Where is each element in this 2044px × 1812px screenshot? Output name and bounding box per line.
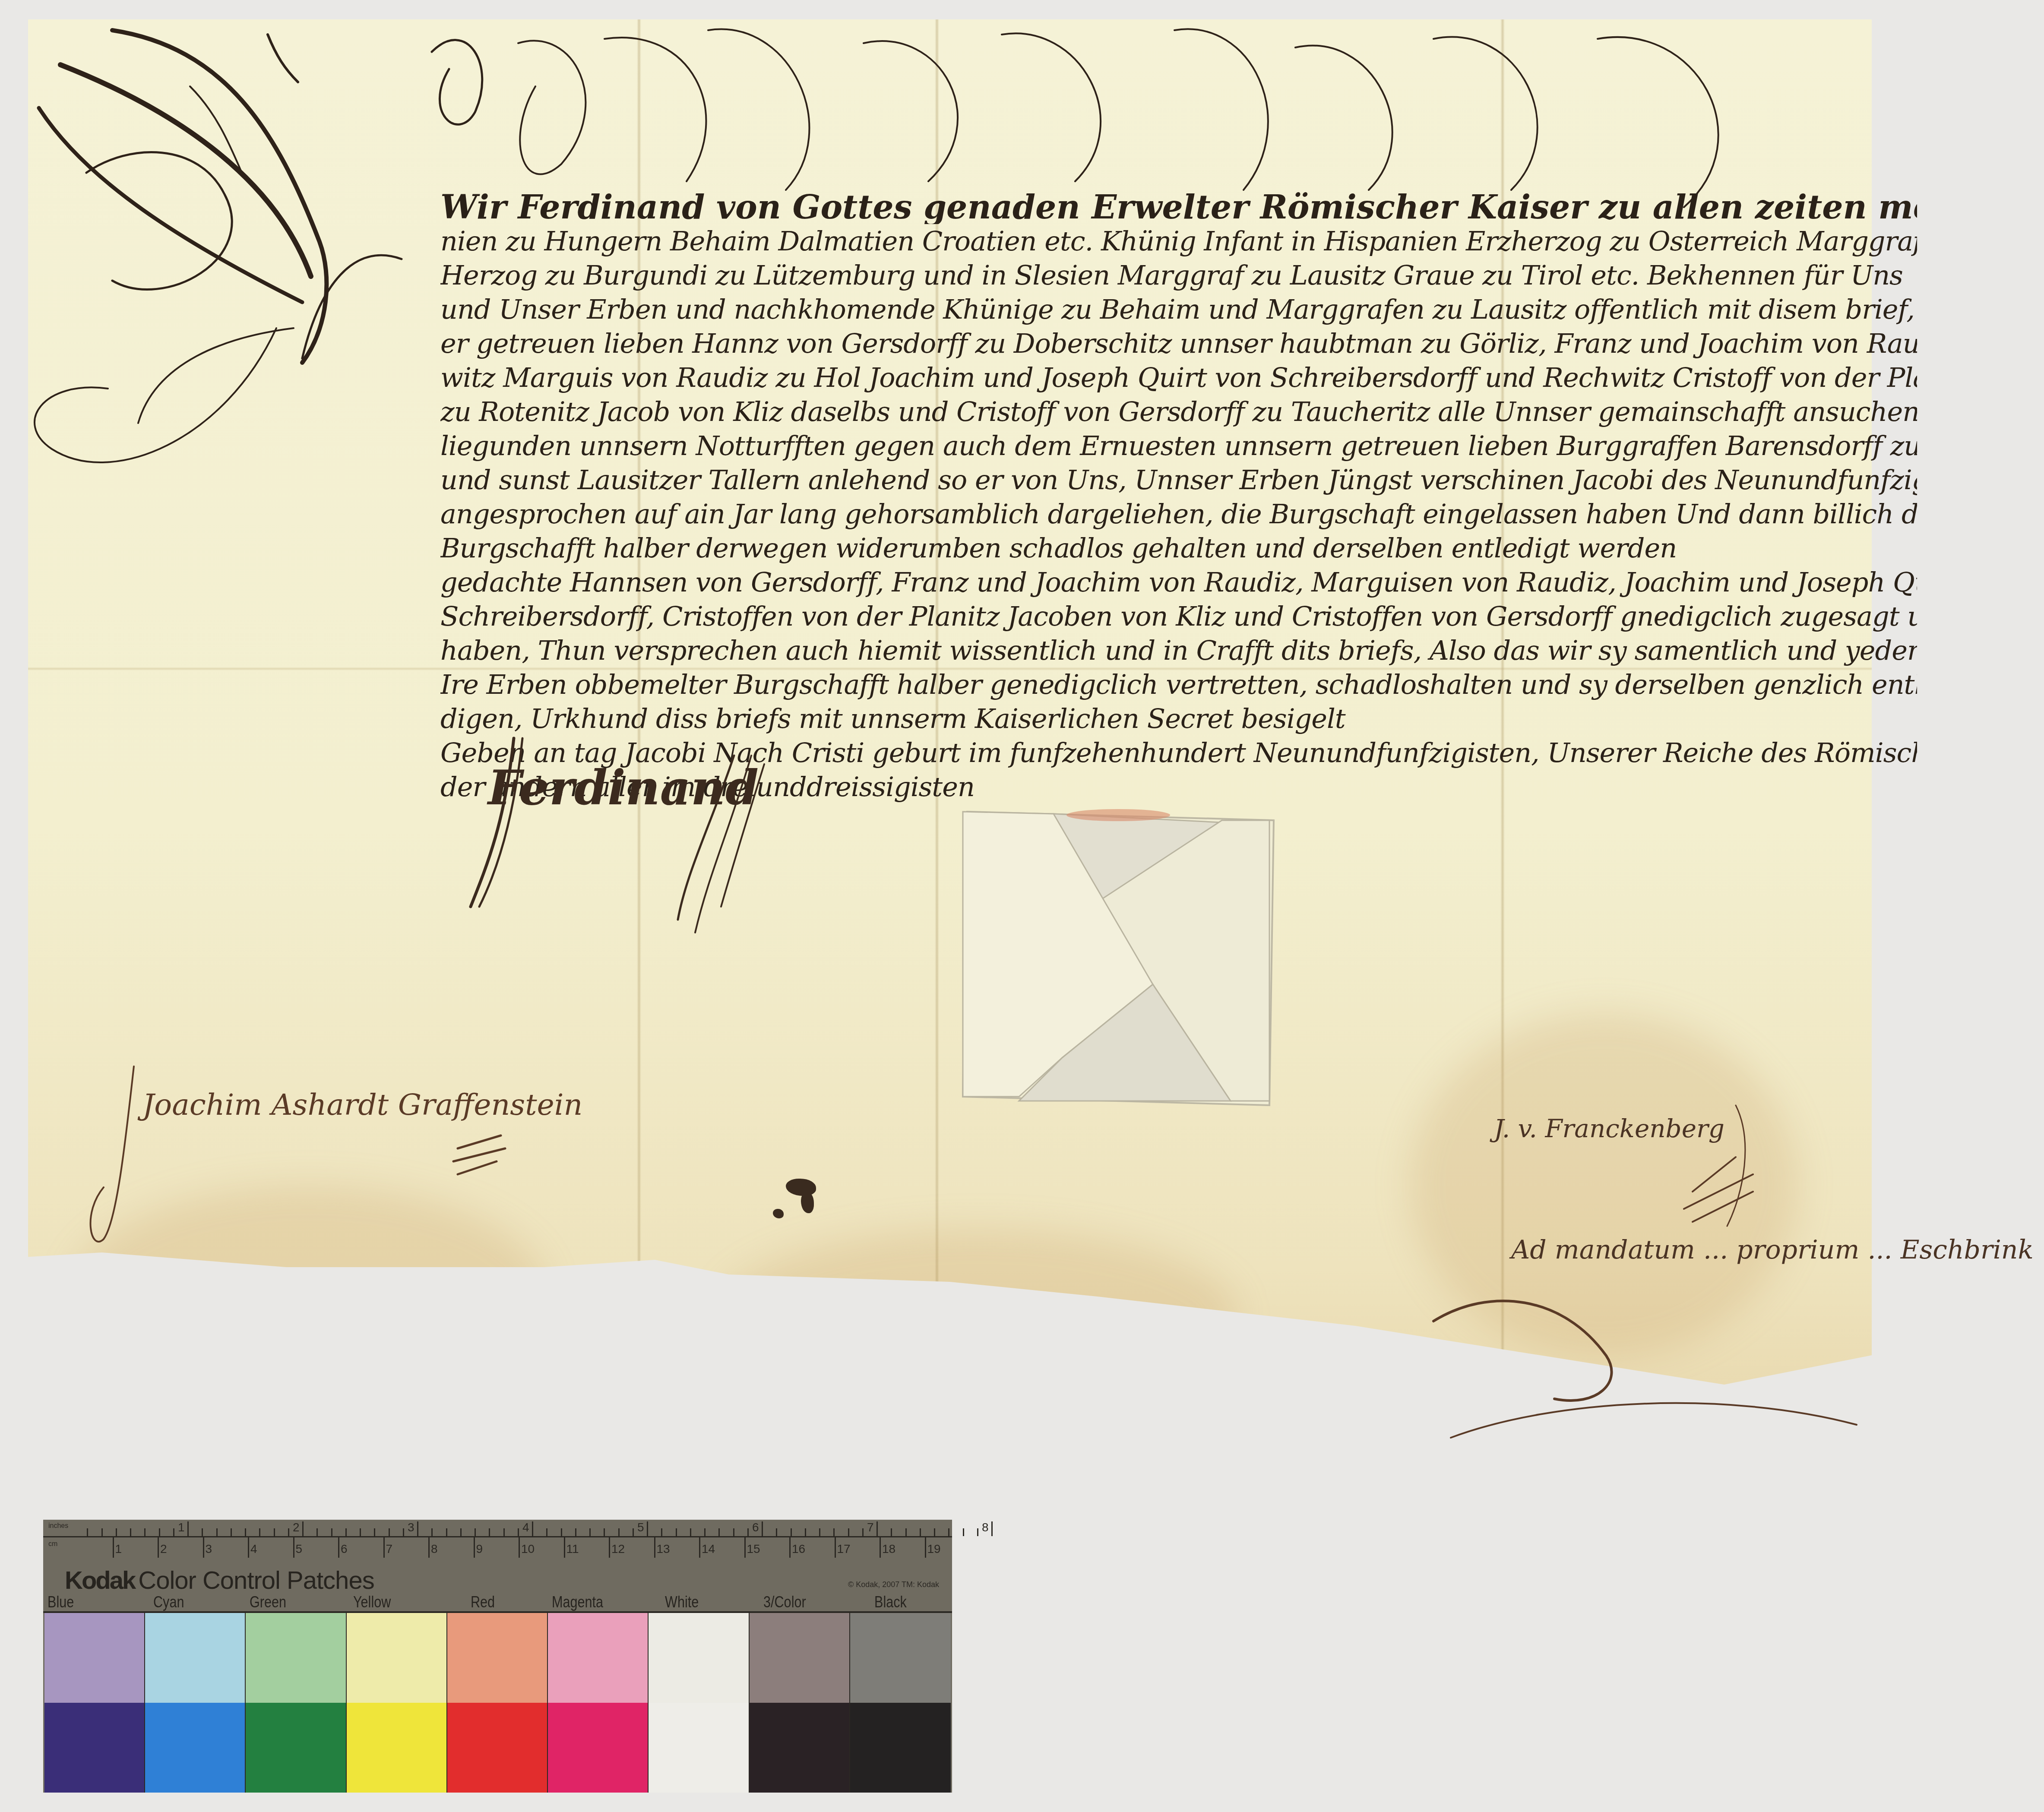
ruler-tick bbox=[561, 1528, 562, 1536]
ruler-tick bbox=[446, 1528, 447, 1536]
text-line: Burgschafft halber derwegen widerumben s… bbox=[440, 531, 1917, 565]
patch-label-cyan: Cyan bbox=[153, 1593, 184, 1611]
ruler-tick bbox=[417, 1521, 418, 1536]
ruler-tick bbox=[187, 1521, 189, 1536]
ruler-cm-mark: 14 bbox=[702, 1542, 715, 1556]
patch-yellow-saturated bbox=[347, 1703, 447, 1793]
ruler-tick bbox=[518, 1528, 519, 1536]
ruler-tick bbox=[101, 1528, 103, 1536]
ruler-inch-mark: 5 bbox=[637, 1521, 644, 1534]
ruler-tick bbox=[360, 1528, 361, 1536]
ruler-tick bbox=[245, 1528, 246, 1536]
ruler-tick bbox=[618, 1528, 620, 1536]
ruler-tick bbox=[963, 1528, 964, 1536]
ruler-tick bbox=[920, 1528, 921, 1536]
patch-red-light bbox=[447, 1613, 548, 1703]
patch-cyan-light bbox=[145, 1613, 246, 1703]
ruler-cm-mark: 10 bbox=[521, 1542, 535, 1556]
text-line: zu Rotenitz Jacob von Kliz daselbs und C… bbox=[440, 395, 1917, 429]
ruler-tick bbox=[876, 1521, 878, 1536]
patch-label-yellow: Yellow bbox=[353, 1593, 391, 1611]
ruler-tick bbox=[791, 1528, 792, 1536]
ruler-tick bbox=[704, 1528, 706, 1536]
ruler-tick bbox=[345, 1528, 347, 1536]
ruler-cm-mark: 13 bbox=[657, 1542, 670, 1556]
ruler-cm-mark: 1 bbox=[115, 1542, 122, 1556]
ruler-tick bbox=[789, 1537, 791, 1558]
patch-magenta-saturated bbox=[548, 1703, 649, 1793]
ruler-cm-mark: 3 bbox=[206, 1542, 212, 1556]
ruler-tick bbox=[475, 1528, 476, 1536]
patch-white-saturated bbox=[649, 1703, 749, 1793]
ruler-tick bbox=[231, 1528, 232, 1536]
ruler-inch-mark: 8 bbox=[982, 1521, 989, 1534]
ruler-cm-mark: 15 bbox=[747, 1542, 760, 1556]
ruler: inches cm 12345678 123456789101112131415… bbox=[43, 1520, 952, 1561]
ruler-cm-mark: 7 bbox=[386, 1542, 393, 1556]
ruler-tick bbox=[144, 1528, 146, 1536]
patch-label-red: Red bbox=[471, 1593, 495, 1611]
ruler-tick bbox=[173, 1528, 174, 1536]
ruler-tick bbox=[503, 1528, 505, 1536]
text-line: Ire Erben obbemelter Burgschafft halber … bbox=[440, 667, 1917, 702]
patch-magenta-light bbox=[548, 1613, 649, 1703]
ruler-inch-mark: 1 bbox=[178, 1521, 185, 1534]
ruler-tick bbox=[564, 1537, 565, 1558]
ruler-tick bbox=[690, 1528, 691, 1536]
ruler-tick bbox=[604, 1528, 605, 1536]
ruler-tick bbox=[718, 1528, 720, 1536]
text-line: und Unser Erben und nachkhomende Khünige… bbox=[440, 292, 1917, 326]
ruler-cm-mark: 19 bbox=[927, 1542, 941, 1556]
signature-ferdinand: Ferdinand bbox=[488, 760, 759, 816]
ruler-tick bbox=[776, 1528, 777, 1536]
ruler-tick bbox=[383, 1537, 385, 1558]
signature-flourishes-right bbox=[1425, 1079, 1900, 1446]
ruler-tick bbox=[316, 1528, 318, 1536]
ruler-tick bbox=[654, 1537, 655, 1558]
chart-title: Color Control Patches bbox=[138, 1566, 374, 1594]
patch-label-white: White bbox=[665, 1593, 699, 1611]
ruler-tick bbox=[203, 1537, 204, 1558]
ruler-tick bbox=[113, 1537, 114, 1558]
charter-text: Wir Ferdinand von Gottes genaden Erwelte… bbox=[440, 190, 1917, 804]
ruler-tick bbox=[925, 1537, 926, 1558]
ruler-inch-mark: 4 bbox=[522, 1521, 529, 1534]
patch-red-saturated bbox=[447, 1703, 548, 1793]
patch-yellow-light bbox=[347, 1613, 447, 1703]
text-line: nien zu Hungern Behaim Dalmatien Croatie… bbox=[440, 224, 1917, 258]
ruler-tick bbox=[948, 1528, 949, 1536]
ruler-cm-mark: 8 bbox=[431, 1542, 438, 1556]
paper-seal bbox=[954, 803, 1282, 1123]
text-line: liegunden unnsern Notturfften gegen auch… bbox=[440, 429, 1917, 463]
ruler-cm-mark: 5 bbox=[296, 1542, 303, 1556]
kodak-color-control-chart: inches cm 12345678 123456789101112131415… bbox=[43, 1520, 952, 1793]
text-line: gedachte Hannsen von Gersdorff, Franz un… bbox=[440, 565, 1917, 599]
text-line: angesprochen auf ain Jar lang gehorsambl… bbox=[440, 497, 1917, 531]
text-line: er getreuen lieben Hannz von Gersdorff z… bbox=[440, 326, 1917, 361]
patch-green-saturated bbox=[246, 1703, 346, 1793]
ruler-tick bbox=[699, 1537, 700, 1558]
water-stain bbox=[719, 1228, 1237, 1401]
patch-label-green: Green bbox=[250, 1593, 286, 1611]
ruler-tick bbox=[389, 1528, 390, 1536]
text-line: digen, Urkhund diss briefs mit unnserm K… bbox=[440, 702, 1917, 736]
patch-label-blue: Blue bbox=[47, 1593, 74, 1611]
ruler-cm-mark: 17 bbox=[837, 1542, 851, 1556]
text-line: haben, Thun versprechen auch hiemit wiss… bbox=[440, 633, 1917, 667]
ruler-tick bbox=[589, 1528, 591, 1536]
patch-3color-light bbox=[750, 1613, 850, 1703]
ruler-tick bbox=[819, 1528, 820, 1536]
ruler-tick bbox=[460, 1528, 462, 1536]
ruler-tick bbox=[302, 1521, 304, 1536]
ruler-tick bbox=[202, 1528, 203, 1536]
ruler-cm-mark: 11 bbox=[566, 1542, 579, 1556]
text-line: Herzog zu Burgundi zu Lützemburg und in … bbox=[440, 258, 1917, 292]
patch-white-light bbox=[649, 1613, 749, 1703]
ruler-tick bbox=[575, 1528, 576, 1536]
ruler-tick bbox=[431, 1528, 433, 1536]
color-patches bbox=[44, 1613, 951, 1793]
ruler-tick bbox=[661, 1528, 662, 1536]
ruler-tick bbox=[116, 1528, 117, 1536]
ruler-tick bbox=[633, 1528, 634, 1536]
patch-cyan-saturated bbox=[145, 1703, 246, 1793]
ruler-tick bbox=[744, 1537, 746, 1558]
patch-label-magenta: Magenta bbox=[552, 1593, 603, 1611]
ruler-tick bbox=[489, 1528, 490, 1536]
ruler-tick bbox=[747, 1528, 749, 1536]
patch-label-3color: 3/Color bbox=[763, 1593, 806, 1611]
ruler-tick bbox=[905, 1528, 907, 1536]
ruler-tick bbox=[158, 1537, 159, 1558]
ruler-tick bbox=[676, 1528, 677, 1536]
patch-green-light bbox=[246, 1613, 346, 1703]
ruler-tick bbox=[546, 1528, 547, 1536]
chart-copyright: © Kodak, 2007 TM: Kodak bbox=[848, 1580, 939, 1589]
ruler-cm-mark: 9 bbox=[476, 1542, 483, 1556]
ruler-inch-mark: 7 bbox=[867, 1521, 874, 1534]
text-line: und sunst Lausitzer Tallern anlehend so … bbox=[440, 463, 1917, 497]
ruler-tick bbox=[891, 1528, 892, 1536]
ruler-tick bbox=[293, 1537, 294, 1558]
ruler-cm-mark: 6 bbox=[341, 1542, 348, 1556]
patch-black-light bbox=[850, 1613, 951, 1703]
ruler-cm-mark: 16 bbox=[792, 1542, 805, 1556]
patch-label-black: Black bbox=[874, 1593, 907, 1611]
patch-blue-saturated bbox=[44, 1703, 145, 1793]
ruler-tick bbox=[833, 1528, 835, 1536]
ruler-tick bbox=[159, 1528, 160, 1536]
ruler-tick bbox=[130, 1528, 131, 1536]
ruler-tick bbox=[338, 1537, 339, 1558]
ruler-cm-mark: 4 bbox=[250, 1542, 257, 1556]
ruler-inch-mark: 6 bbox=[752, 1521, 759, 1534]
ruler-inch-mark: 3 bbox=[408, 1521, 414, 1534]
ruler-tick bbox=[259, 1528, 260, 1536]
patch-black-saturated bbox=[850, 1703, 951, 1793]
kodak-logo: Kodak bbox=[65, 1566, 135, 1594]
ruler-tick bbox=[805, 1528, 806, 1536]
ruler-cm-mark: 2 bbox=[160, 1542, 167, 1556]
ruler-tick bbox=[216, 1528, 218, 1536]
ink-blot bbox=[773, 1209, 784, 1218]
ruler-tick bbox=[609, 1537, 610, 1558]
ruler-tick bbox=[532, 1521, 533, 1536]
text-line: witz Marguis von Raudiz zu Hol Joachim u… bbox=[440, 361, 1917, 395]
patch-blue-light bbox=[44, 1613, 145, 1703]
ruler-tick bbox=[880, 1537, 881, 1558]
ruler-cm-mark: 12 bbox=[611, 1542, 625, 1556]
ruler-tick bbox=[835, 1537, 836, 1558]
ruler-tick bbox=[733, 1528, 734, 1536]
ruler-cm-mark: 18 bbox=[882, 1542, 895, 1556]
ruler-tick bbox=[519, 1537, 520, 1558]
ruler-tick bbox=[977, 1528, 978, 1536]
ruler-tick bbox=[848, 1528, 849, 1536]
ruler-tick bbox=[934, 1528, 935, 1536]
ruler-tick bbox=[403, 1528, 404, 1536]
ruler-inch-mark: 2 bbox=[293, 1521, 300, 1534]
patch-3color-saturated bbox=[750, 1703, 850, 1793]
ruler-tick bbox=[87, 1528, 88, 1536]
ruler-tick bbox=[862, 1528, 864, 1536]
text-line: Schreibersdorff, Cristoffen von der Plan… bbox=[440, 599, 1917, 633]
ruler-tick bbox=[991, 1521, 993, 1536]
signature-flourish-left bbox=[86, 1058, 604, 1274]
ruler-tick bbox=[428, 1537, 430, 1558]
ruler-tick bbox=[248, 1537, 249, 1558]
ruler-tick bbox=[331, 1528, 332, 1536]
ruler-tick bbox=[474, 1537, 475, 1558]
ruler-tick bbox=[288, 1528, 289, 1536]
ruler-tick bbox=[647, 1521, 648, 1536]
text-line: Wir Ferdinand von Gottes genaden Erwelte… bbox=[440, 190, 1917, 224]
ruler-tick bbox=[762, 1521, 763, 1536]
ruler-tick bbox=[374, 1528, 375, 1536]
ruler-tick bbox=[274, 1528, 275, 1536]
chart-brand: KodakColor Control Patches bbox=[65, 1566, 374, 1595]
